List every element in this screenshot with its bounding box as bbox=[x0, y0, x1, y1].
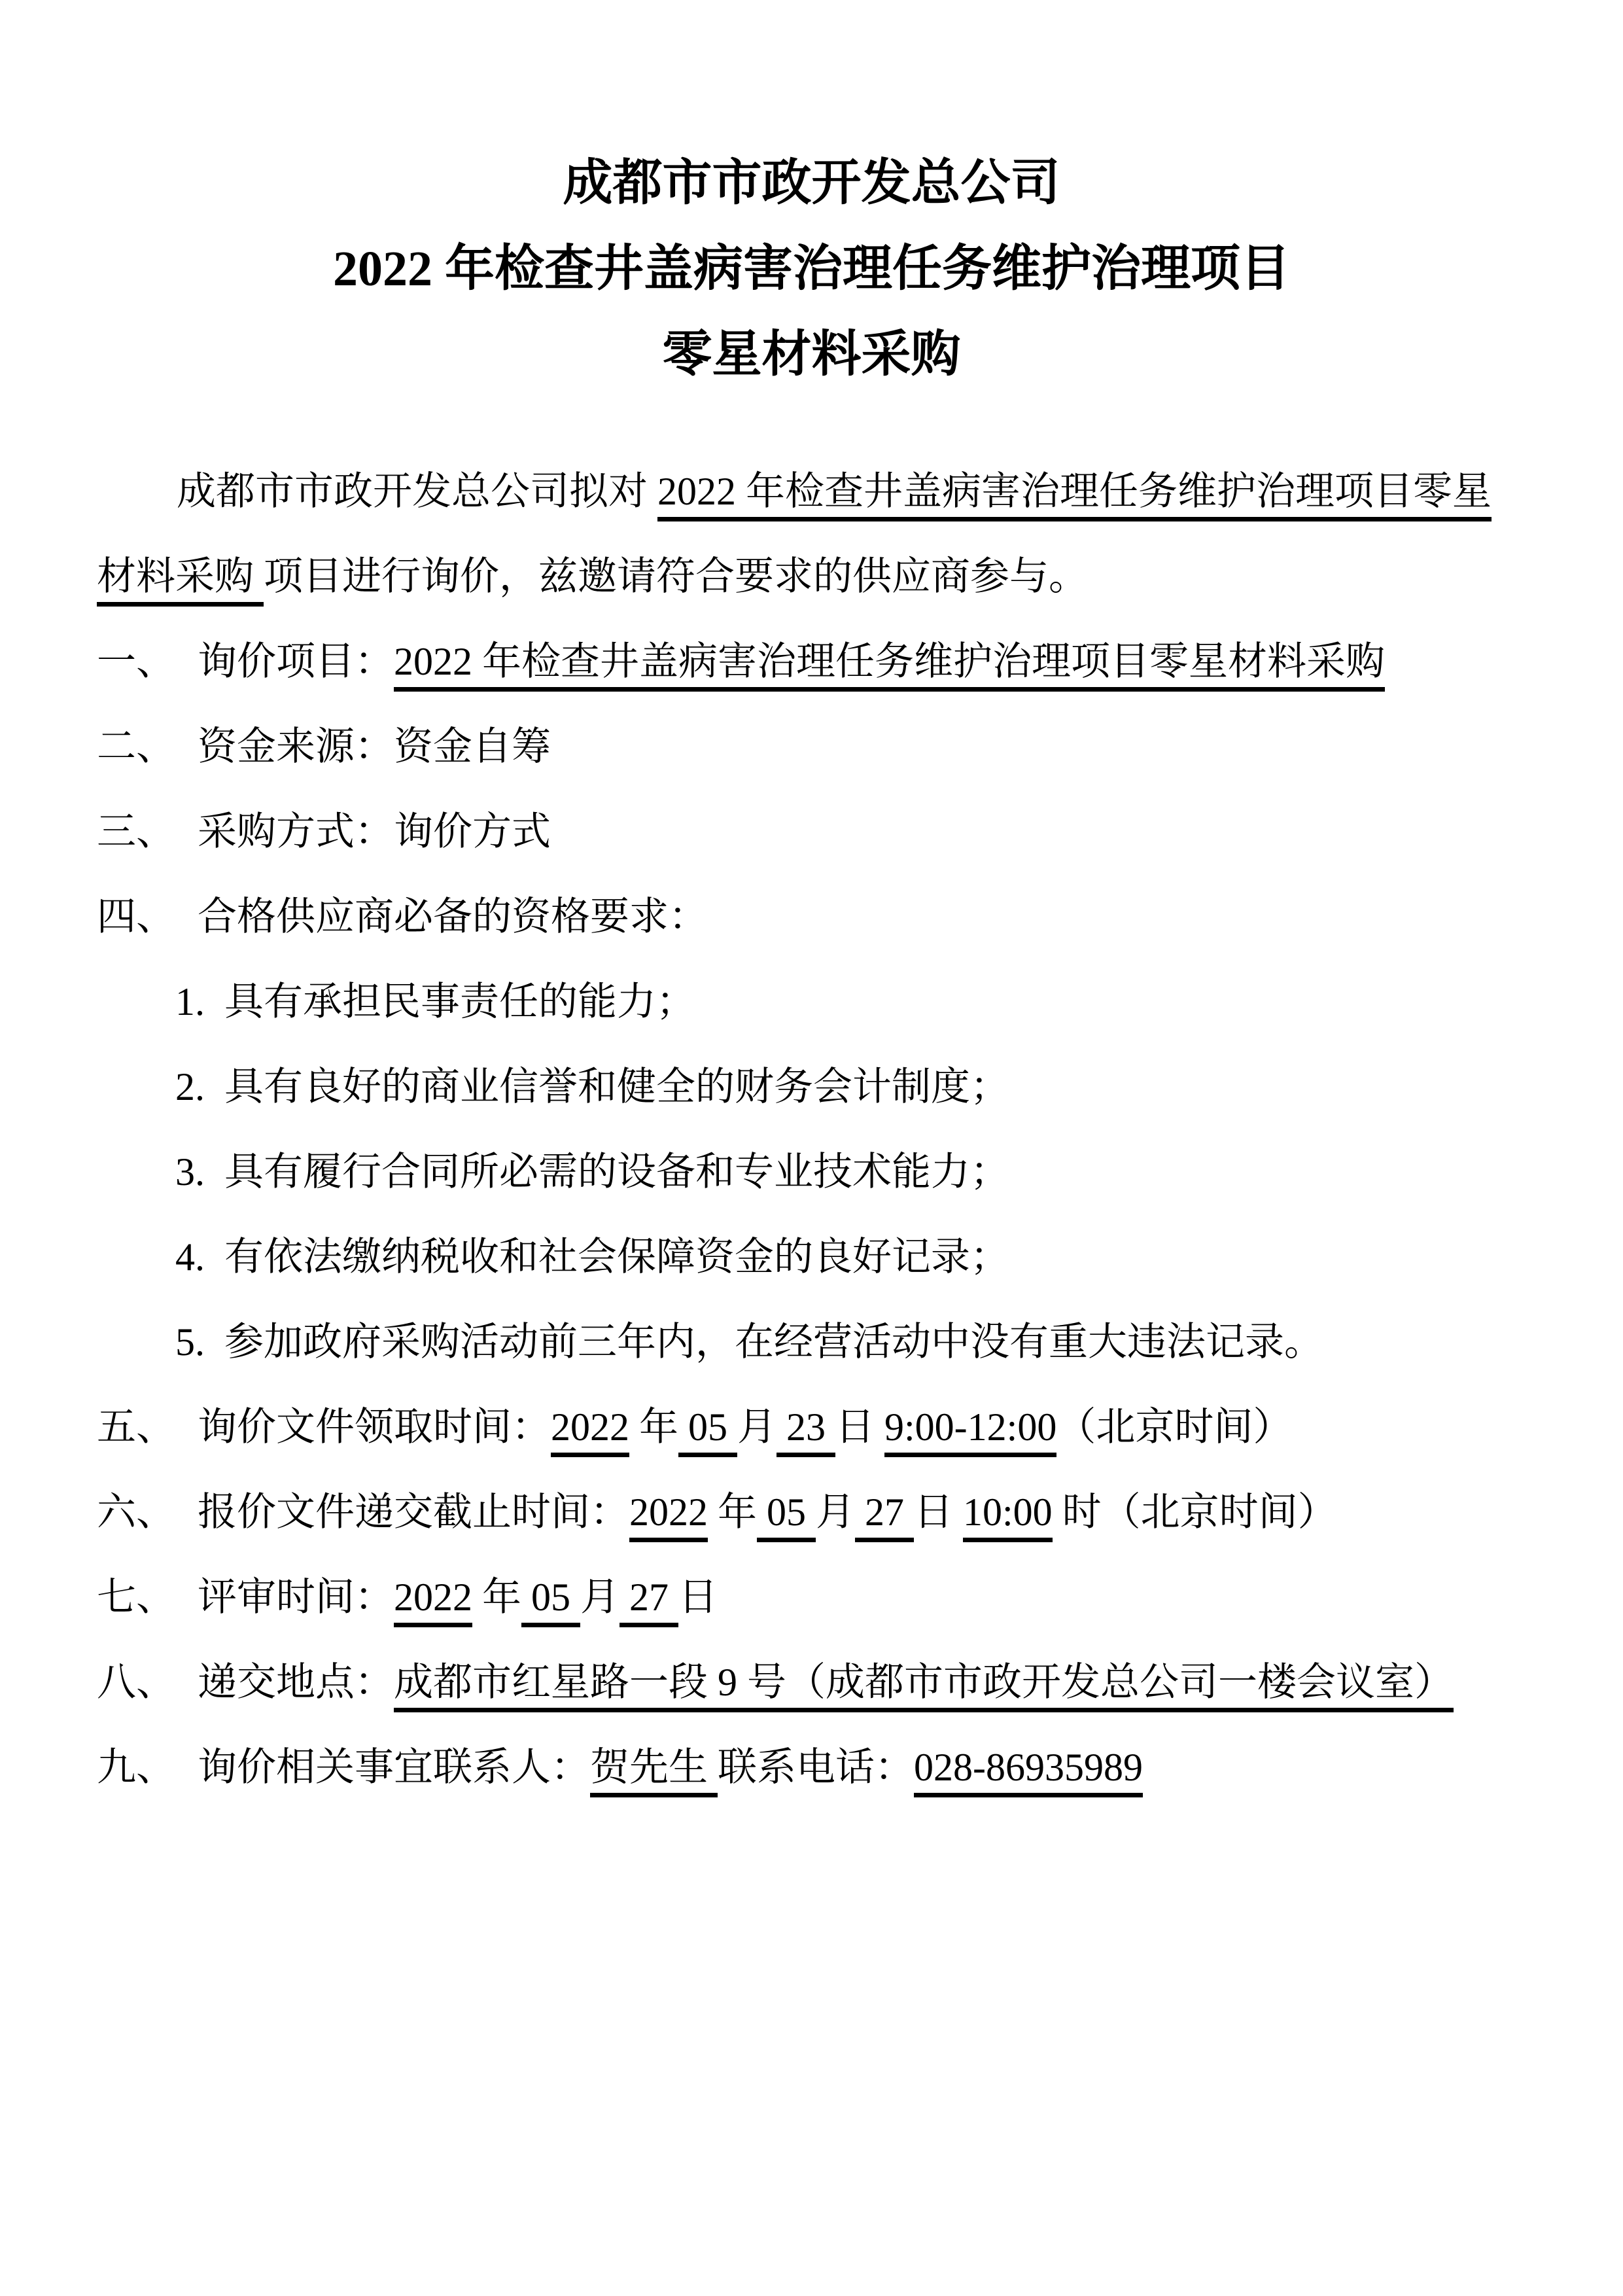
subitem-2-number: 2. bbox=[175, 1044, 205, 1129]
item-6-time: 10:00 bbox=[963, 1491, 1053, 1542]
list-item-1-inquiry-project: 一、询价项目：2022 年检查井盖病害治理任务维护治理项目零星材料采购 bbox=[97, 619, 1526, 704]
item-5-label: 询价文件领取时间： bbox=[198, 1405, 551, 1449]
subitem-3-number: 3. bbox=[175, 1129, 205, 1214]
item-7-day: 27 bbox=[620, 1576, 678, 1627]
item-6-marker: 六、 bbox=[97, 1470, 175, 1555]
item-6-month: 05 bbox=[757, 1491, 816, 1542]
list-item-9-contact-info: 九、询价相关事宜联系人：贺先生 联系电话：028-86935989 bbox=[97, 1725, 1526, 1810]
list-item-2-funding-source: 二、资金来源：资金自筹 bbox=[97, 704, 1526, 789]
item-9-contact-person-underlined: 贺先生 bbox=[590, 1746, 718, 1797]
item-1-label: 询价项目： bbox=[198, 640, 394, 683]
subitem-1-text: 具有承担民事责任的能力； bbox=[224, 980, 695, 1023]
item-5-day: 23 bbox=[777, 1405, 835, 1457]
intro-underlined-project-name-part2: 材料采购 bbox=[97, 555, 264, 607]
qualification-subitem-5: 5.参加政府采购活动前三年内，在经营活动中没有重大违法记录。 bbox=[97, 1299, 1526, 1385]
item-7-month: 05 bbox=[521, 1576, 580, 1627]
item-7-label: 评审时间： bbox=[198, 1576, 394, 1619]
item-6-year-unit: 年 bbox=[708, 1491, 757, 1534]
item-6-timezone: （北京时间） bbox=[1102, 1491, 1337, 1534]
item-7-day-unit: 日 bbox=[678, 1576, 718, 1619]
item-2-label: 资金来源： bbox=[198, 725, 394, 768]
document-page: 成都市市政开发总公司 2022 年检查井盖病害治理任务维护治理项目 零星材料采购… bbox=[0, 0, 1623, 2296]
list-item-4-supplier-qualifications: 四、合格供应商必备的资格要求： bbox=[97, 874, 1526, 959]
item-2-marker: 二、 bbox=[97, 704, 175, 789]
item-9-label: 询价相关事宜联系人： bbox=[198, 1746, 590, 1789]
item-5-month: 05 bbox=[678, 1405, 737, 1457]
item-7-year-unit: 年 bbox=[472, 1576, 521, 1619]
subitem-5-number: 5. bbox=[175, 1299, 205, 1385]
item-6-month-unit: 月 bbox=[816, 1491, 855, 1534]
subitem-4-text: 有依法缴纳税收和社会保障资金的良好记录； bbox=[224, 1235, 1009, 1279]
item-9-phone-label: 联系电话： bbox=[718, 1746, 914, 1789]
subitem-1-number: 1. bbox=[175, 959, 205, 1044]
subitem-4-number: 4. bbox=[175, 1214, 205, 1299]
intro-text-pre: 成都市市政开发总公司拟对 bbox=[177, 470, 657, 513]
title-line-2: 2022 年检查井盖病害治理任务维护治理项目 bbox=[97, 226, 1526, 312]
item-5-timezone: （北京时间） bbox=[1056, 1405, 1292, 1449]
item-1-project-name-underlined: 2022 年检查井盖病害治理任务维护治理项目零星材料采购 bbox=[394, 640, 1385, 692]
list-item-5-document-collection-time: 五、询价文件领取时间：2022 年 05 月 23 日 9:00-12:00（北… bbox=[97, 1385, 1526, 1470]
subitem-2-text: 具有良好的商业信誉和健全的财务会计制度； bbox=[224, 1065, 1009, 1108]
item-6-day-unit: 日 bbox=[914, 1491, 963, 1534]
list-item-8-submission-location: 八、递交地点：成都市红星路一段 9 号（成都市市政开发总公司一楼会议室） bbox=[97, 1640, 1526, 1725]
item-6-label: 报价文件递交截止时间： bbox=[198, 1491, 629, 1534]
list-item-7-review-time: 七、评审时间：2022 年 05 月 27 日 bbox=[97, 1555, 1526, 1640]
document-body: 成都市市政开发总公司拟对 2022 年检查井盖病害治理任务维护治理项目零星 材料… bbox=[97, 449, 1526, 1810]
item-6-time-unit: 时 bbox=[1053, 1491, 1102, 1534]
title-line-1: 成都市市政开发总公司 bbox=[97, 141, 1526, 226]
item-5-year-unit: 年 bbox=[629, 1405, 678, 1449]
intro-underlined-project-name-part1: 2022 年检查井盖病害治理任务维护治理项目零星 bbox=[657, 470, 1492, 521]
intro-paragraph-line-1: 成都市市政开发总公司拟对 2022 年检查井盖病害治理任务维护治理项目零星 bbox=[97, 449, 1526, 534]
item-6-year: 2022 bbox=[629, 1491, 708, 1542]
item-4-label: 合格供应商必备的资格要求： bbox=[198, 895, 708, 938]
item-5-marker: 五、 bbox=[97, 1385, 175, 1470]
item-5-day-unit: 日 bbox=[835, 1405, 884, 1449]
item-8-marker: 八、 bbox=[97, 1640, 175, 1725]
document-title: 成都市市政开发总公司 2022 年检查井盖病害治理任务维护治理项目 零星材料采购 bbox=[97, 141, 1526, 398]
intro-text-post: 项目进行询价，兹邀请符合要求的供应商参与。 bbox=[264, 555, 1088, 598]
item-2-value: 资金自筹 bbox=[394, 725, 551, 768]
item-3-value: 询价方式 bbox=[394, 810, 551, 853]
item-3-label: 采购方式： bbox=[198, 810, 394, 853]
item-9-phone-number-underlined: 028-86935989 bbox=[914, 1746, 1143, 1797]
intro-paragraph-line-2: 材料采购 项目进行询价，兹邀请符合要求的供应商参与。 bbox=[97, 534, 1526, 619]
title-line-3: 零星材料采购 bbox=[97, 312, 1526, 398]
subitem-3-text: 具有履行合同所必需的设备和专业技术能力； bbox=[224, 1150, 1009, 1193]
item-7-month-unit: 月 bbox=[580, 1576, 620, 1619]
item-1-marker: 一、 bbox=[97, 619, 175, 704]
list-item-6-submission-deadline: 六、报价文件递交截止时间：2022 年 05 月 27 日 10:00 时（北京… bbox=[97, 1470, 1526, 1555]
item-8-address-underlined: 成都市红星路一段 9 号（成都市市政开发总公司一楼会议室） bbox=[394, 1661, 1454, 1712]
item-6-day: 27 bbox=[855, 1491, 914, 1542]
item-3-marker: 三、 bbox=[97, 789, 175, 874]
item-8-label: 递交地点： bbox=[198, 1661, 394, 1704]
subitem-5-text: 参加政府采购活动前三年内，在经营活动中没有重大违法记录。 bbox=[224, 1320, 1323, 1364]
item-7-marker: 七、 bbox=[97, 1555, 175, 1640]
item-4-marker: 四、 bbox=[97, 874, 175, 959]
qualification-subitem-3: 3.具有履行合同所必需的设备和专业技术能力； bbox=[97, 1129, 1526, 1214]
qualification-subitem-4: 4.有依法缴纳税收和社会保障资金的良好记录； bbox=[97, 1214, 1526, 1299]
list-item-3-procurement-method: 三、采购方式：询价方式 bbox=[97, 789, 1526, 874]
item-5-month-unit: 月 bbox=[737, 1405, 777, 1449]
item-9-marker: 九、 bbox=[97, 1725, 175, 1810]
item-5-time-range: 9:00-12:00 bbox=[884, 1405, 1056, 1457]
qualification-subitem-1: 1.具有承担民事责任的能力； bbox=[97, 959, 1526, 1044]
item-7-year: 2022 bbox=[394, 1576, 472, 1627]
qualification-subitem-2: 2.具有良好的商业信誉和健全的财务会计制度； bbox=[97, 1044, 1526, 1129]
item-5-year: 2022 bbox=[551, 1405, 629, 1457]
